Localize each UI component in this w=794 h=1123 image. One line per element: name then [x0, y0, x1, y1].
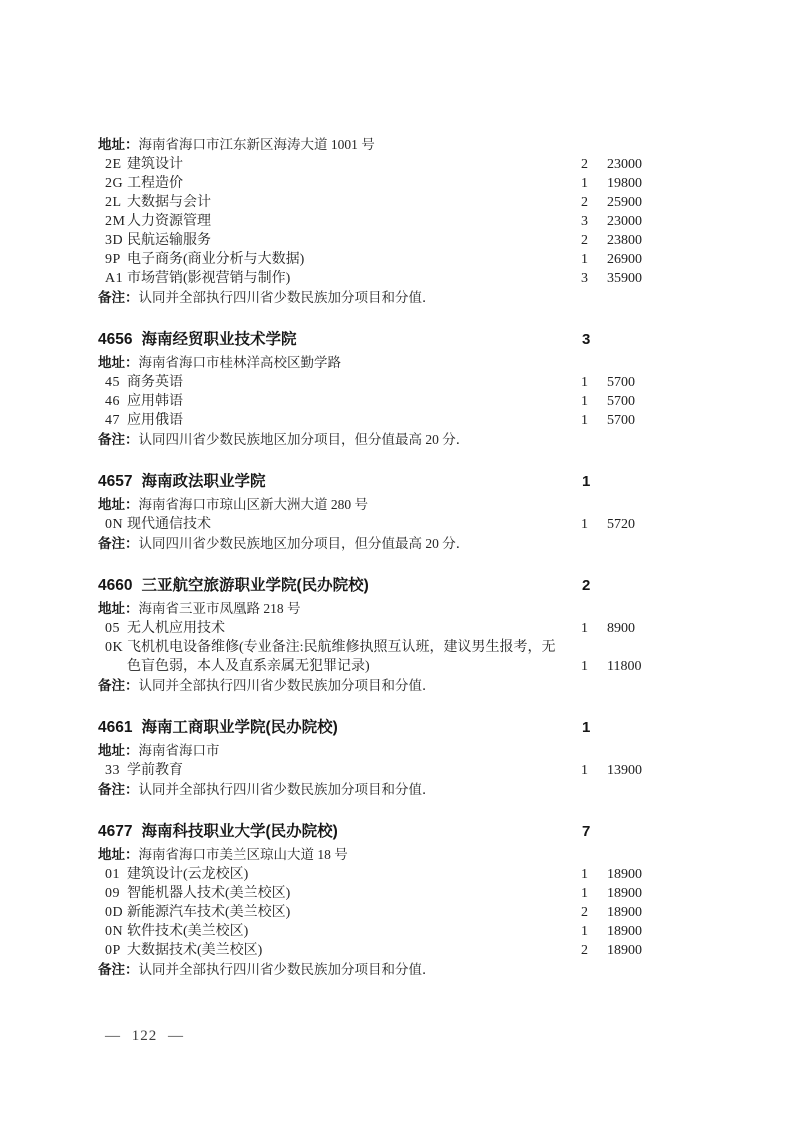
- major-row: 45 商务英语 1 5700: [98, 373, 714, 392]
- major-tuition-fee: 18900: [607, 884, 642, 903]
- major-name: 市场营销(影视营销与制作): [127, 269, 559, 288]
- major-code: A1: [105, 269, 123, 288]
- note-label: 备注：: [98, 962, 139, 977]
- college-code: 4661: [98, 719, 132, 736]
- major-plan-count: 1: [581, 373, 595, 392]
- major-list: 0N 现代通信技术 1 5720: [98, 515, 714, 534]
- major-name: 电子商务(商业分析与大数据): [127, 250, 559, 269]
- major-plan-count: 1: [581, 619, 595, 638]
- major-plan-count: 1: [581, 657, 595, 676]
- major-name: 无人机应用技术: [127, 619, 559, 638]
- major-plan-count: 2: [581, 193, 595, 212]
- college-code: 4656: [98, 331, 132, 348]
- college-name: 海南工商职业学院(民办院校): [141, 719, 337, 736]
- note-line: 备注：认同并全部执行四川省少数民族加分项目和分值．: [98, 960, 714, 980]
- major-row: 2E 建筑设计 2 23000: [98, 155, 714, 174]
- address-value: 海南省海口市桂林洋高校区勤学路: [139, 355, 342, 370]
- address-line: 地址：海南省海口市美兰区琼山大道 18 号: [98, 845, 714, 865]
- major-code: 46: [105, 392, 120, 411]
- note-value: 认同并全部执行四川省少数民族加分项目和分值．: [139, 290, 436, 305]
- major-row: 46 应用韩语 1 5700: [98, 392, 714, 411]
- note-value: 认同四川省少数民族地区加分项目，但分值最高 20 分．: [139, 432, 470, 447]
- major-row: 09 智能机器人技术(美兰校区) 1 18900: [98, 884, 714, 903]
- major-row: 0N 现代通信技术 1 5720: [98, 515, 714, 534]
- note-line: 备注：认同四川省少数民族地区加分项目，但分值最高 20 分．: [98, 534, 714, 554]
- college-name: 三亚航空旅游职业学院(民办院校): [141, 577, 368, 594]
- major-tuition-fee: 18900: [607, 922, 642, 941]
- college-name: 海南经贸职业技术学院: [141, 331, 296, 348]
- address-line: 地址：海南省海口市琼山区新大洲大道 280 号: [98, 495, 714, 515]
- major-code: 0K: [105, 638, 123, 657]
- major-name: 应用韩语: [127, 392, 559, 411]
- major-tuition-fee: 5720: [607, 515, 635, 534]
- address-line: 地址：海南省海口市: [98, 741, 714, 761]
- major-code: 45: [105, 373, 120, 392]
- major-code: 3D: [105, 231, 123, 250]
- note-label: 备注：: [98, 290, 139, 305]
- major-row: 33 学前教育 1 13900: [98, 761, 714, 780]
- major-code: 2E: [105, 155, 122, 174]
- college-code: 4677: [98, 823, 132, 840]
- major-tuition-fee: 18900: [607, 941, 642, 960]
- college-header: 4657海南政法职业学院 1: [98, 472, 714, 492]
- major-row: 3D 民航运输服务 2 23800: [98, 231, 714, 250]
- major-tuition-fee: 5700: [607, 373, 635, 392]
- address-label: 地址：: [98, 497, 139, 512]
- major-row: 0N 软件技术(美兰校区) 1 18900: [98, 922, 714, 941]
- major-plan-count: 1: [581, 761, 595, 780]
- major-plan-count: 2: [581, 231, 595, 250]
- major-code: 05: [105, 619, 120, 638]
- major-tuition-fee: 26900: [607, 250, 642, 269]
- note-value: 认同并全部执行四川省少数民族加分项目和分值．: [139, 782, 436, 797]
- major-row: 2M 人力资源管理 3 23000: [98, 212, 714, 231]
- major-list: 33 学前教育 1 13900: [98, 761, 714, 780]
- major-name: 现代通信技术: [127, 515, 559, 534]
- major-list: 01 建筑设计(云龙校区) 1 18900 09 智能机器人技术(美兰校区) 1…: [98, 865, 714, 960]
- major-list: 05 无人机应用技术 1 8900 0K 飞机机电设备维修(专业备注:民航维修执…: [98, 619, 714, 676]
- college-name: 海南科技职业大学(民办院校): [141, 823, 337, 840]
- major-row: 0P 大数据技术(美兰校区) 2 18900: [98, 941, 714, 960]
- major-name: 应用俄语: [127, 411, 559, 430]
- major-name: 飞机机电设备维修(专业备注:民航维修执照互认班，建议男生报考，无色盲色弱，本人及…: [127, 638, 559, 676]
- address-value: 海南省海口市江东新区海涛大道 1001 号: [139, 137, 375, 152]
- address-line: 地址：海南省海口市江东新区海涛大道 1001 号: [98, 135, 714, 155]
- note-value: 认同并全部执行四川省少数民族加分项目和分值．: [139, 678, 436, 693]
- note-line: 备注：认同并全部执行四川省少数民族加分项目和分值．: [98, 288, 714, 308]
- major-plan-count: 2: [581, 903, 595, 922]
- major-tuition-fee: 8900: [607, 619, 635, 638]
- note-label: 备注：: [98, 782, 139, 797]
- major-plan-count: 3: [581, 269, 595, 288]
- address-line: 地址：海南省海口市桂林洋高校区勤学路: [98, 353, 714, 373]
- major-tuition-fee: 23000: [607, 212, 642, 231]
- note-line: 备注：认同并全部执行四川省少数民族加分项目和分值．: [98, 780, 714, 800]
- note-line: 备注：认同四川省少数民族地区加分项目，但分值最高 20 分．: [98, 430, 714, 450]
- major-tuition-fee: 18900: [607, 865, 642, 884]
- major-code: 0D: [105, 903, 123, 922]
- major-code: 2M: [105, 212, 125, 231]
- college-list: 4656海南经贸职业技术学院 3 地址：海南省海口市桂林洋高校区勤学路 45 商…: [98, 330, 714, 980]
- college-block: 4661海南工商职业学院(民办院校) 1 地址：海南省海口市 33 学前教育 1…: [98, 718, 714, 800]
- major-code: 2G: [105, 174, 123, 193]
- college-header: 4661海南工商职业学院(民办院校) 1: [98, 718, 714, 738]
- major-name: 商务英语: [127, 373, 559, 392]
- major-code: 2L: [105, 193, 122, 212]
- major-row: A1 市场营销(影视营销与制作) 3 35900: [98, 269, 714, 288]
- major-name: 建筑设计: [127, 155, 559, 174]
- major-code: 0N: [105, 922, 123, 941]
- major-name: 人力资源管理: [127, 212, 559, 231]
- major-code: 0N: [105, 515, 123, 534]
- note-label: 备注：: [98, 536, 139, 551]
- college-name: 海南政法职业学院: [141, 473, 265, 490]
- address-label: 地址：: [98, 847, 139, 862]
- major-code: 0P: [105, 941, 121, 960]
- major-name: 学前教育: [127, 761, 559, 780]
- major-name: 民航运输服务: [127, 231, 559, 250]
- major-row: 9P 电子商务(商业分析与大数据) 1 26900: [98, 250, 714, 269]
- major-plan-count: 1: [581, 515, 595, 534]
- major-tuition-fee: 25900: [607, 193, 642, 212]
- major-code: 47: [105, 411, 120, 430]
- major-name: 大数据技术(美兰校区): [127, 941, 559, 960]
- major-row: 0D 新能源汽车技术(美兰校区) 2 18900: [98, 903, 714, 922]
- major-tuition-fee: 5700: [607, 392, 635, 411]
- major-plan-count: 1: [581, 392, 595, 411]
- address-value: 海南省海口市美兰区琼山大道 18 号: [139, 847, 348, 862]
- major-name: 软件技术(美兰校区): [127, 922, 559, 941]
- major-tuition-fee: 11800: [607, 657, 641, 676]
- college-plan-count: 1: [582, 472, 590, 492]
- major-name: 工程造价: [127, 174, 559, 193]
- major-tuition-fee: 19800: [607, 174, 642, 193]
- address-value: 海南省海口市: [139, 743, 220, 758]
- address-value: 海南省三亚市凤凰路 218 号: [139, 601, 301, 616]
- major-name: 建筑设计(云龙校区): [127, 865, 559, 884]
- note-label: 备注：: [98, 678, 139, 693]
- college-block: 4660三亚航空旅游职业学院(民办院校) 2 地址：海南省三亚市凤凰路 218 …: [98, 576, 714, 696]
- college-header: 4660三亚航空旅游职业学院(民办院校) 2: [98, 576, 714, 596]
- address-label: 地址：: [98, 355, 139, 370]
- major-plan-count: 1: [581, 922, 595, 941]
- college-header: 4656海南经贸职业技术学院 3: [98, 330, 714, 350]
- major-code: 33: [105, 761, 120, 780]
- major-row: 05 无人机应用技术 1 8900: [98, 619, 714, 638]
- college-code: 4660: [98, 577, 132, 594]
- major-plan-count: 1: [581, 884, 595, 903]
- page-content: 地址：海南省海口市江东新区海涛大道 1001 号 2E 建筑设计 2 23000…: [98, 135, 714, 980]
- major-plan-count: 1: [581, 865, 595, 884]
- address-label: 地址：: [98, 743, 139, 758]
- major-plan-count: 2: [581, 155, 595, 174]
- note-value: 认同并全部执行四川省少数民族加分项目和分值．: [139, 962, 436, 977]
- address-label: 地址：: [98, 601, 139, 616]
- college-block: 4677海南科技职业大学(民办院校) 7 地址：海南省海口市美兰区琼山大道 18…: [98, 822, 714, 980]
- college-block: 4657海南政法职业学院 1 地址：海南省海口市琼山区新大洲大道 280 号 0…: [98, 472, 714, 554]
- major-row: 0K 飞机机电设备维修(专业备注:民航维修执照互认班，建议男生报考，无色盲色弱，…: [98, 638, 714, 676]
- major-row: 2L 大数据与会计 2 25900: [98, 193, 714, 212]
- college-plan-count: 2: [582, 576, 590, 596]
- college-plan-count: 7: [582, 822, 590, 842]
- major-tuition-fee: 5700: [607, 411, 635, 430]
- continued-college-block: 地址：海南省海口市江东新区海涛大道 1001 号 2E 建筑设计 2 23000…: [98, 135, 714, 308]
- major-tuition-fee: 23800: [607, 231, 642, 250]
- address-label: 地址：: [98, 137, 139, 152]
- major-tuition-fee: 35900: [607, 269, 642, 288]
- address-value: 海南省海口市琼山区新大洲大道 280 号: [139, 497, 369, 512]
- college-plan-count: 1: [582, 718, 590, 738]
- major-tuition-fee: 23000: [607, 155, 642, 174]
- major-plan-count: 2: [581, 941, 595, 960]
- note-label: 备注：: [98, 432, 139, 447]
- note-line: 备注：认同并全部执行四川省少数民族加分项目和分值．: [98, 676, 714, 696]
- college-header: 4677海南科技职业大学(民办院校) 7: [98, 822, 714, 842]
- major-tuition-fee: 18900: [607, 903, 642, 922]
- major-code: 09: [105, 884, 120, 903]
- note-value: 认同四川省少数民族地区加分项目，但分值最高 20 分．: [139, 536, 470, 551]
- major-plan-count: 1: [581, 174, 595, 193]
- major-list: 45 商务英语 1 5700 46 应用韩语 1 5700 47 应用俄语 1 …: [98, 373, 714, 430]
- page-number: — 122 —: [105, 1028, 184, 1045]
- major-plan-count: 3: [581, 212, 595, 231]
- major-tuition-fee: 13900: [607, 761, 642, 780]
- major-name: 新能源汽车技术(美兰校区): [127, 903, 559, 922]
- major-list: 2E 建筑设计 2 23000 2G 工程造价 1 19800 2L 大数据与会…: [98, 155, 714, 288]
- document-page: 地址：海南省海口市江东新区海涛大道 1001 号 2E 建筑设计 2 23000…: [0, 0, 794, 1123]
- college-code: 4657: [98, 473, 132, 490]
- major-row: 2G 工程造价 1 19800: [98, 174, 714, 193]
- major-plan-count: 1: [581, 411, 595, 430]
- college-plan-count: 3: [582, 330, 590, 350]
- major-name: 大数据与会计: [127, 193, 559, 212]
- major-row: 01 建筑设计(云龙校区) 1 18900: [98, 865, 714, 884]
- major-plan-count: 1: [581, 250, 595, 269]
- major-code: 01: [105, 865, 120, 884]
- address-line: 地址：海南省三亚市凤凰路 218 号: [98, 599, 714, 619]
- college-block: 4656海南经贸职业技术学院 3 地址：海南省海口市桂林洋高校区勤学路 45 商…: [98, 330, 714, 450]
- major-code: 9P: [105, 250, 121, 269]
- major-row: 47 应用俄语 1 5700: [98, 411, 714, 430]
- major-name: 智能机器人技术(美兰校区): [127, 884, 559, 903]
